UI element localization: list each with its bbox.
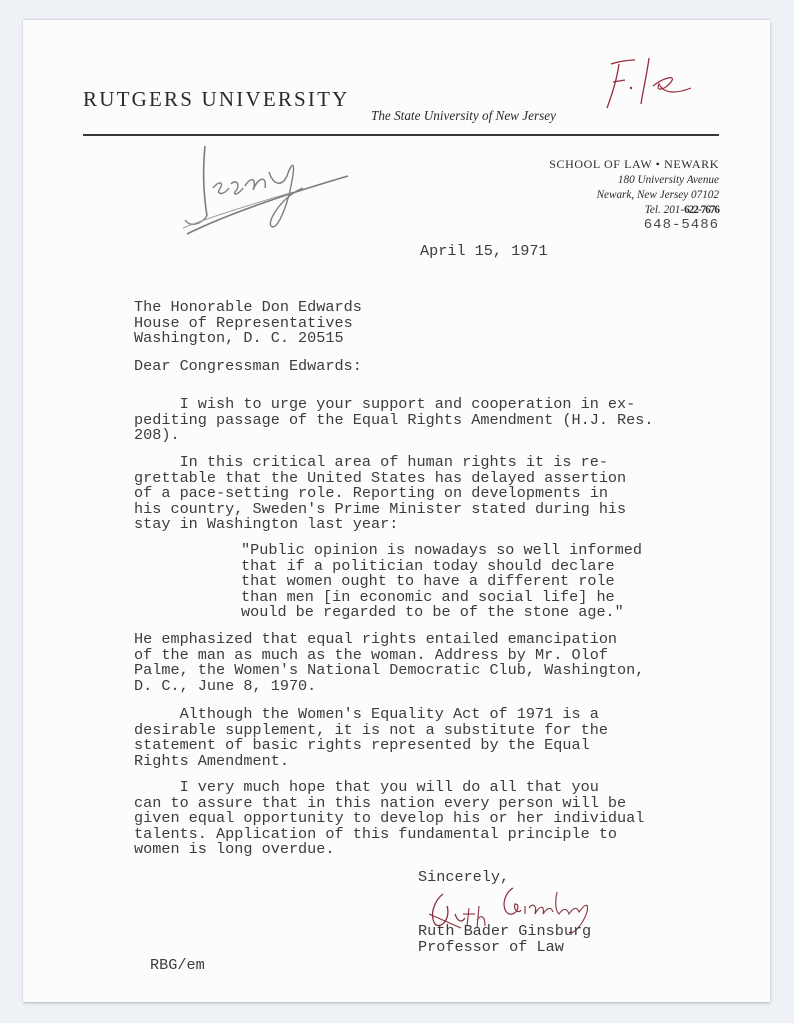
- paragraph-4: Although the Women's Equality Act of 197…: [134, 707, 608, 769]
- recipient-line: Washington, D. C. 20515: [134, 331, 362, 347]
- file-annotation-handwriting: [593, 52, 703, 112]
- text-line: 208).: [134, 428, 654, 444]
- text-line: pediting passage of the Equal Rights Ame…: [134, 413, 654, 429]
- salutation: Dear Congressman Edwards:: [134, 359, 362, 375]
- text-line: would be regarded to be of the stone age…: [241, 605, 642, 621]
- university-name: RUTGERS UNIVERSITY: [83, 87, 350, 112]
- telephone-line: Tel. 201-622-7676: [499, 203, 719, 218]
- letter-date: April 15, 1971: [420, 244, 548, 260]
- paragraph-5: I very much hope that you will do all th…: [134, 780, 644, 858]
- signer-title: Professor of Law: [418, 940, 564, 956]
- university-tagline: The State University of New Jersey: [371, 108, 556, 124]
- address-line-1: 180 University Avenue: [499, 173, 719, 188]
- recipient-address: The Honorable Don Edwards House of Repre…: [134, 300, 362, 347]
- tel-prefix: Tel. 201-: [645, 204, 684, 216]
- reference-initials: RBG/em: [150, 958, 205, 974]
- address-line-2: Newark, New Jersey 07102: [499, 188, 719, 203]
- school-name: SCHOOL OF LAW • NEWARK: [499, 157, 719, 172]
- text-line: women is long overdue.: [134, 842, 644, 858]
- paragraph-1: I wish to urge your support and cooperat…: [134, 397, 654, 444]
- letter-page: RUTGERS UNIVERSITY The State University …: [23, 19, 770, 1002]
- tel-typed-number: 648-5486: [499, 217, 719, 233]
- tel-struck-number: 622-7676: [684, 204, 719, 216]
- text-line: stay in Washington last year:: [134, 517, 626, 533]
- paragraph-3: He emphasized that equal rights entailed…: [134, 632, 644, 694]
- text-line: D. C., June 8, 1970.: [134, 679, 644, 695]
- paragraph-2: In this critical area of human rights it…: [134, 455, 626, 533]
- text-line: Rights Amendment.: [134, 754, 608, 770]
- block-quote: "Public opinion is nowadays so well info…: [241, 543, 642, 621]
- jerry-annotation-handwriting: [173, 136, 353, 241]
